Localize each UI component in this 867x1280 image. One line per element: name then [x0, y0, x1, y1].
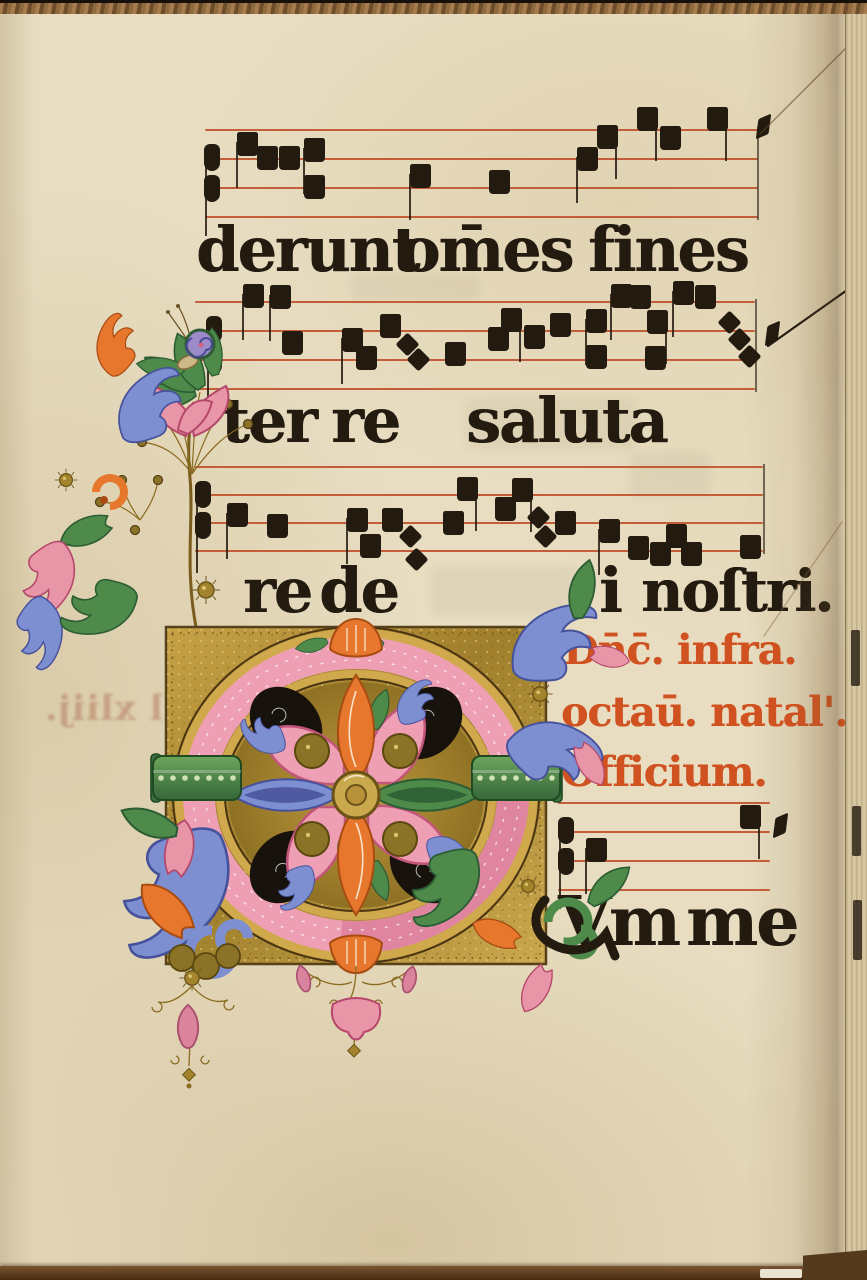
- staff-end-rule: [763, 464, 765, 554]
- virga-note: [457, 477, 478, 501]
- virga-note: [637, 107, 658, 131]
- punctum-note: [282, 331, 303, 355]
- staff-line: [195, 550, 763, 553]
- binding-top-edge: [0, 0, 867, 14]
- punctum-note: [630, 285, 651, 309]
- punctum-note: [279, 146, 300, 170]
- virga-note: [707, 107, 728, 131]
- punctum-note: [304, 138, 325, 162]
- virga-note: [501, 308, 522, 332]
- punctum-note: [380, 314, 401, 338]
- lyric-word: de: [319, 560, 398, 622]
- punctum-note: [740, 535, 761, 559]
- staff-line: [558, 831, 770, 834]
- punctum-note: [237, 132, 258, 156]
- lyric-word: me: [686, 888, 797, 956]
- rubric-line-3: Officium.: [561, 752, 767, 793]
- binding-bottom-edge: [0, 1266, 867, 1280]
- punctum-note: [304, 175, 325, 199]
- punctum-note: [524, 325, 545, 349]
- staff-3: [195, 467, 763, 555]
- punctum-note: [645, 346, 666, 370]
- custos-mark: [765, 321, 781, 347]
- lyric-word: Vm: [558, 888, 679, 956]
- punctum-note: [443, 511, 464, 535]
- punctum-note: [356, 346, 377, 370]
- punctum-note: [347, 508, 368, 532]
- lyric-word: om̄es: [399, 219, 572, 281]
- staff-line: [558, 802, 770, 805]
- binding-corner: [803, 1250, 867, 1280]
- custos-mark: [756, 114, 772, 140]
- punctum-note: [243, 284, 264, 308]
- staff-end-rule: [757, 127, 759, 220]
- bookmark-sliver: [760, 1269, 802, 1278]
- lyric-word: re: [331, 390, 399, 452]
- manuscript-page: l xliij. derunt om̄es fines ter re salut…: [0, 0, 867, 1280]
- punctum-note: [660, 126, 681, 150]
- lyric-word: ter: [221, 390, 316, 452]
- staff-end-rule: [755, 299, 757, 392]
- facing-page-ink-fragment: [853, 900, 862, 960]
- punctum-note: [489, 170, 510, 194]
- punctum-note: [586, 838, 607, 862]
- punctum-note: [257, 146, 278, 170]
- lyric-word: derunt: [196, 219, 418, 281]
- lyric-word: saluta: [466, 390, 667, 452]
- staff-4: [558, 803, 770, 894]
- lyric-word: re: [243, 560, 311, 622]
- punctum-note: [555, 511, 576, 535]
- virga-note: [740, 805, 761, 829]
- virga-note: [597, 125, 618, 149]
- punctum-note: [611, 284, 632, 308]
- lyric-word: i: [599, 560, 621, 622]
- lyric-word: fines: [588, 219, 748, 281]
- punctum-note: [550, 313, 571, 337]
- punctum-note: [382, 508, 403, 532]
- punctum-note: [695, 285, 716, 309]
- punctum-note: [445, 342, 466, 366]
- staff-line: [205, 187, 758, 190]
- punctum-note: [586, 345, 607, 369]
- staff-1: [205, 130, 758, 221]
- punctum-note: [267, 514, 288, 538]
- punctum-note: [410, 164, 431, 188]
- punctum-note: [270, 285, 291, 309]
- punctum-note: [577, 147, 598, 171]
- punctum-note: [586, 309, 607, 333]
- custos-mark: [773, 813, 789, 839]
- virga-note: [512, 478, 533, 502]
- punctum-note: [599, 519, 620, 543]
- rubric-line-1: Dn̄c̄. infra.: [563, 630, 796, 671]
- staff-2: [195, 302, 755, 393]
- virga-note: [647, 310, 668, 334]
- facing-page-ink-fragment: [852, 806, 861, 856]
- facing-page-ink-fragment: [851, 630, 860, 686]
- staff-line: [195, 466, 763, 469]
- staff-line: [195, 359, 755, 362]
- staff-line: [195, 494, 763, 497]
- punctum-note: [227, 503, 248, 527]
